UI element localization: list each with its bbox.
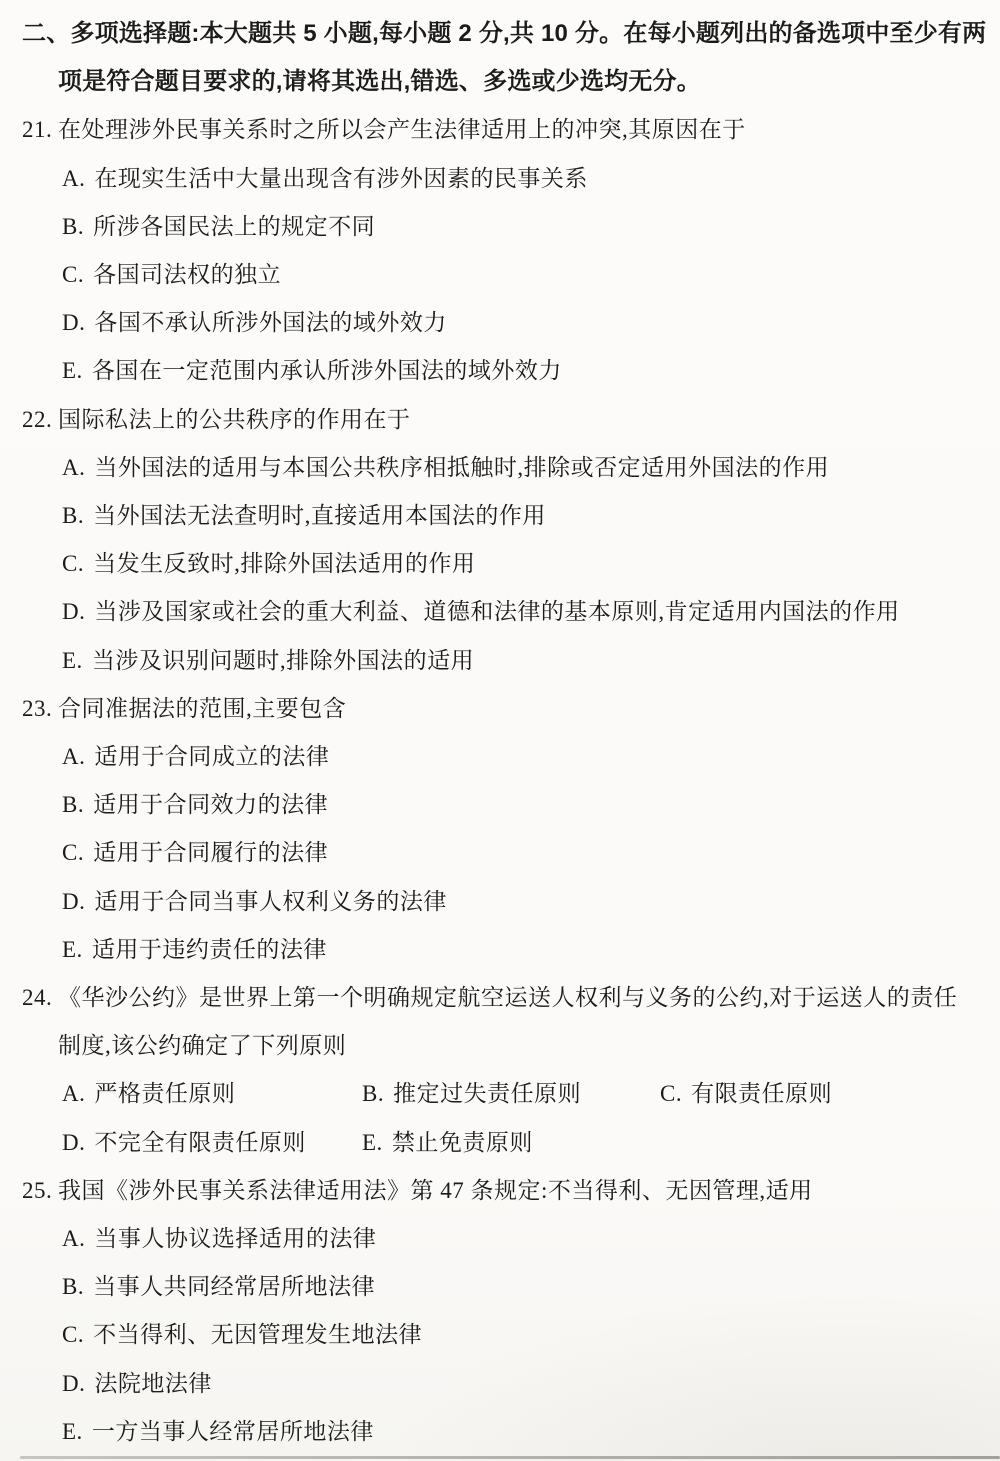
- option-23-E: E.适用于违约责任的法律: [22, 926, 992, 974]
- option-label: D.: [62, 310, 85, 335]
- option-label: E.: [62, 937, 83, 962]
- option-text: 法院地法律: [94, 1371, 212, 1396]
- question-number: 23.: [22, 685, 58, 733]
- option-text: 各国在一定范围内承认所涉外国法的域外效力: [92, 358, 562, 383]
- option-23-B: B.适用于合同效力的法律: [22, 781, 992, 829]
- question-24-stem-line-2: 制度,该公约确定了下列原则: [22, 1022, 992, 1070]
- exam-page: 二、多项选择题:本大题共 5 小题,每小题 2 分,共 10 分。在每小题列出的…: [0, 0, 1000, 1461]
- question-number: 25.: [22, 1167, 58, 1215]
- option-24-D: D.不完全有限责任原则: [62, 1119, 362, 1167]
- option-text: 在现实生活中大量出现含有涉外因素的民事关系: [94, 166, 588, 191]
- option-22-D: D.当涉及国家或社会的重大利益、道德和法律的基本原则,肯定适用内国法的作用: [22, 588, 992, 636]
- question-24-stem-line-1: 24.《华沙公约》是世界上第一个明确规定航空运送人权利与义务的公约,对于运送人的…: [22, 974, 992, 1022]
- option-text: 当发生反致时,排除外国法适用的作用: [93, 551, 475, 576]
- question-23-stem: 23.合同准据法的范围,主要包含: [22, 685, 992, 733]
- option-label: A.: [62, 166, 85, 191]
- option-text: 一方当事人经常居所地法律: [92, 1419, 374, 1444]
- question-stem-text: 国际私法上的公共秩序的作用在于: [58, 407, 411, 432]
- option-label: E.: [62, 648, 83, 673]
- option-row-24-1: A.严格责任原则B.推定过失责任原则C.有限责任原则: [22, 1070, 992, 1118]
- option-24-A: A.严格责任原则: [62, 1070, 362, 1118]
- option-25-A: A.当事人协议选择适用的法律: [22, 1215, 992, 1263]
- option-25-C: C.不当得利、无因管理发生地法律: [22, 1311, 992, 1359]
- option-text: 所涉各国民法上的规定不同: [93, 214, 375, 239]
- option-22-B: B.当外国法无法查明时,直接适用本国法的作用: [22, 492, 992, 540]
- option-label: B.: [62, 1274, 84, 1299]
- question-24: 24.《华沙公约》是世界上第一个明确规定航空运送人权利与义务的公约,对于运送人的…: [22, 974, 992, 1167]
- option-text: 各国不承认所涉外国法的域外效力: [94, 310, 447, 335]
- option-label: E.: [362, 1130, 383, 1155]
- option-label: B.: [62, 503, 84, 528]
- question-stem-text: 合同准据法的范围,主要包含: [58, 696, 346, 721]
- option-25-E: E.一方当事人经常居所地法律: [22, 1408, 992, 1456]
- option-label: E.: [62, 1419, 83, 1444]
- option-22-A: A.当外国法的适用与本国公共秩序相抵触时,排除或否定适用外国法的作用: [22, 444, 992, 492]
- option-label: A.: [62, 744, 85, 769]
- option-label: A.: [62, 1226, 85, 1251]
- question-21: 21.在处理涉外民事关系时之所以会产生法律适用上的冲突,其原因在于 A.在现实生…: [22, 106, 992, 395]
- option-text: 各国司法权的独立: [93, 262, 281, 287]
- option-text: 当外国法无法查明时,直接适用本国法的作用: [93, 503, 546, 528]
- question-stem-text: 《华沙公约》是世界上第一个明确规定航空运送人权利与义务的公约,对于运送人的责任: [58, 985, 957, 1010]
- section-header-line-2: 项是符合题目要求的,请将其选出,错选、多选或少选均无分。: [22, 58, 992, 106]
- option-label: D.: [62, 889, 85, 914]
- scan-bottom-edge: [20, 1456, 1000, 1459]
- option-text: 适用于合同当事人权利义务的法律: [94, 889, 447, 914]
- option-21-E: E.各国在一定范围内承认所涉外国法的域外效力: [22, 347, 992, 395]
- option-text: 当涉及识别问题时,排除外国法的适用: [92, 648, 474, 673]
- option-21-A: A.在现实生活中大量出现含有涉外因素的民事关系: [22, 155, 992, 203]
- option-text: 当事人协议选择适用的法律: [94, 1226, 376, 1251]
- question-21-stem: 21.在处理涉外民事关系时之所以会产生法律适用上的冲突,其原因在于: [22, 106, 992, 154]
- option-21-B: B.所涉各国民法上的规定不同: [22, 203, 992, 251]
- option-label: B.: [62, 214, 84, 239]
- option-label: A.: [62, 455, 85, 480]
- option-23-A: A.适用于合同成立的法律: [22, 733, 992, 781]
- option-label: D.: [62, 599, 85, 624]
- option-label: E.: [62, 358, 83, 383]
- option-text: 严格责任原则: [94, 1081, 235, 1106]
- option-text: 适用于合同履行的法律: [93, 840, 328, 865]
- question-stem-text: 我国《涉外民事关系法律适用法》第 47 条规定:不当得利、无因管理,适用: [58, 1178, 813, 1203]
- option-label: C.: [62, 262, 84, 287]
- option-label: C.: [62, 551, 84, 576]
- option-24-B: B.推定过失责任原则: [362, 1070, 660, 1118]
- option-text: 不当得利、无因管理发生地法律: [93, 1322, 422, 1347]
- option-label: D.: [62, 1371, 85, 1396]
- option-text: 适用于合同效力的法律: [93, 792, 328, 817]
- question-23: 23.合同准据法的范围,主要包含 A.适用于合同成立的法律 B.适用于合同效力的…: [22, 685, 992, 974]
- option-23-D: D.适用于合同当事人权利义务的法律: [22, 878, 992, 926]
- section-header-line-1: 二、多项选择题:本大题共 5 小题,每小题 2 分,共 10 分。在每小题列出的…: [22, 10, 992, 58]
- question-number: 21.: [22, 106, 58, 154]
- question-25: 25.我国《涉外民事关系法律适用法》第 47 条规定:不当得利、无因管理,适用 …: [22, 1167, 992, 1456]
- option-text: 禁止免责原则: [392, 1130, 533, 1155]
- question-22-stem: 22.国际私法上的公共秩序的作用在于: [22, 396, 992, 444]
- option-row-24-2: D.不完全有限责任原则E.禁止免责原则: [22, 1119, 992, 1167]
- question-number: 22.: [22, 396, 58, 444]
- option-text: 适用于合同成立的法律: [94, 744, 329, 769]
- option-text: 推定过失责任原则: [393, 1081, 581, 1106]
- option-24-E: E.禁止免责原则: [362, 1119, 533, 1167]
- option-text: 不完全有限责任原则: [94, 1130, 306, 1155]
- option-label: B.: [62, 792, 84, 817]
- option-22-C: C.当发生反致时,排除外国法适用的作用: [22, 540, 992, 588]
- option-label: C.: [62, 1322, 84, 1347]
- option-23-C: C.适用于合同履行的法律: [22, 829, 992, 877]
- option-label: B.: [362, 1081, 384, 1106]
- option-24-C: C.有限责任原则: [660, 1070, 832, 1118]
- option-label: C.: [660, 1081, 682, 1106]
- option-label: C.: [62, 840, 84, 865]
- option-22-E: E.当涉及识别问题时,排除外国法的适用: [22, 637, 992, 685]
- option-25-B: B.当事人共同经常居所地法律: [22, 1263, 992, 1311]
- option-text: 有限责任原则: [691, 1081, 832, 1106]
- option-21-C: C.各国司法权的独立: [22, 251, 992, 299]
- option-text: 当外国法的适用与本国公共秩序相抵触时,排除或否定适用外国法的作用: [94, 455, 829, 480]
- option-label: D.: [62, 1130, 85, 1155]
- option-text: 适用于违约责任的法律: [92, 937, 327, 962]
- question-22: 22.国际私法上的公共秩序的作用在于 A.当外国法的适用与本国公共秩序相抵触时,…: [22, 396, 992, 685]
- question-stem-text: 在处理涉外民事关系时之所以会产生法律适用上的冲突,其原因在于: [58, 117, 746, 142]
- option-label: A.: [62, 1081, 85, 1106]
- option-21-D: D.各国不承认所涉外国法的域外效力: [22, 299, 992, 347]
- exam-content: 二、多项选择题:本大题共 5 小题,每小题 2 分,共 10 分。在每小题列出的…: [22, 10, 992, 1456]
- option-text: 当事人共同经常居所地法律: [93, 1274, 375, 1299]
- question-25-stem: 25.我国《涉外民事关系法律适用法》第 47 条规定:不当得利、无因管理,适用: [22, 1167, 992, 1215]
- question-number: 24.: [22, 974, 58, 1022]
- section-header: 二、多项选择题:本大题共 5 小题,每小题 2 分,共 10 分。在每小题列出的…: [22, 10, 992, 106]
- option-25-D: D.法院地法律: [22, 1360, 992, 1408]
- option-text: 当涉及国家或社会的重大利益、道德和法律的基本原则,肯定适用内国法的作用: [94, 599, 899, 624]
